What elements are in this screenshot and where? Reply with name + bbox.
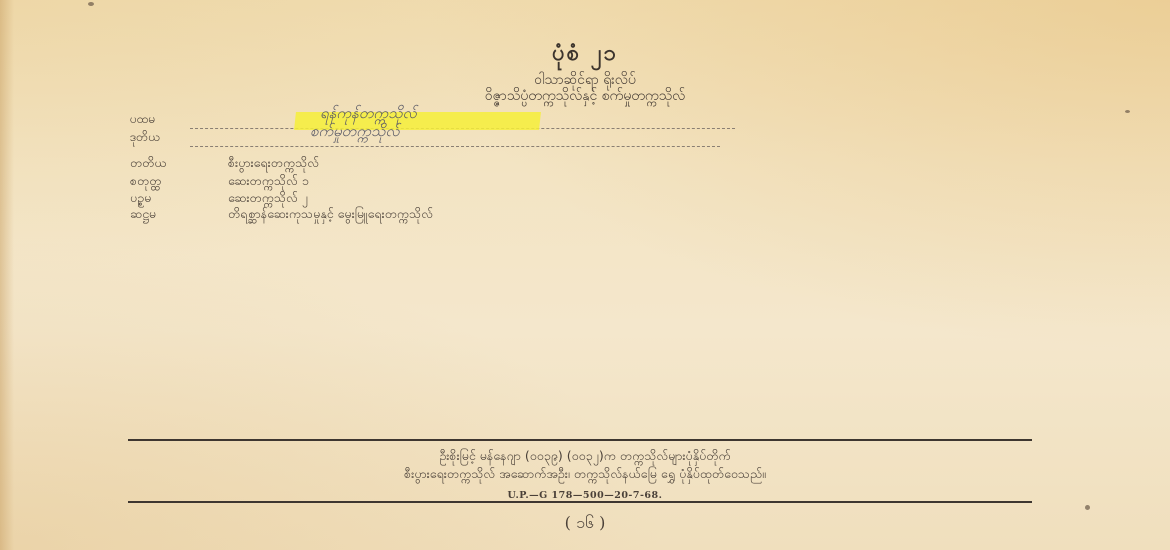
row-key: ဆဋ္ဌမ xyxy=(130,206,228,225)
form-title: ပုံစံ ၂၁ xyxy=(0,38,1170,71)
row-key: တတိယ xyxy=(130,155,228,174)
field-label: ဒုတိယ xyxy=(130,129,190,147)
paper-spot xyxy=(1085,505,1090,510)
list-row: တတိယ စီးပွားရေးတက္ကသိုလ် xyxy=(130,155,319,174)
row-value: တိရစ္ဆာန်ဆေးကုသမှုနှင့် မွေးမြူရေးတက္ကသိ… xyxy=(228,206,433,225)
bottom-rule xyxy=(128,501,1032,503)
imprint-line-2: စီးပွားရေးတက္ကသိုလ် အဆောက်အဦး၊ တက္ကသိုလ်… xyxy=(0,466,1170,485)
page-number: ( ၁၆ ) xyxy=(0,512,1170,536)
handwritten-value: စက်မှုတက္ကသိုလ် xyxy=(310,122,400,144)
imprint-line-1: ဦးစိုးမြင့် မန်နေဂျာ (၀၀၃၉) (၀၀၃၂)က တက္က… xyxy=(0,448,1170,467)
field-first: ပထမ ရန်ကုန်တက္ကသိုလ် xyxy=(130,110,735,129)
paper-spot xyxy=(88,2,94,6)
list-row: ဆဋ္ဌမ တိရစ္ဆာန်ဆေးကုသမှုနှင့် မွေးမြူရေး… xyxy=(130,206,433,225)
row-value: စီးပွားရေးတက္ကသိုလ် xyxy=(228,155,319,174)
field-second: ဒုတိယ စက်မှုတက္ကသိုလ် xyxy=(130,128,720,147)
paper-spot xyxy=(1125,110,1130,113)
field-label: ပထမ xyxy=(130,111,190,129)
field-line: ရန်ကုန်တက္ကသိုလ် xyxy=(190,110,735,129)
print-code: U.P.—G 178—500—20-7-68. xyxy=(0,490,1170,501)
field-line: စက်မှုတက္ကသိုလ် xyxy=(190,128,720,147)
top-rule xyxy=(128,439,1032,441)
form-subtitle-2: ဝိဇ္ဇာသိပ္ပံတက္ကသိုလ်နှင့် စက်မှုတက္ကသို… xyxy=(0,86,1170,107)
